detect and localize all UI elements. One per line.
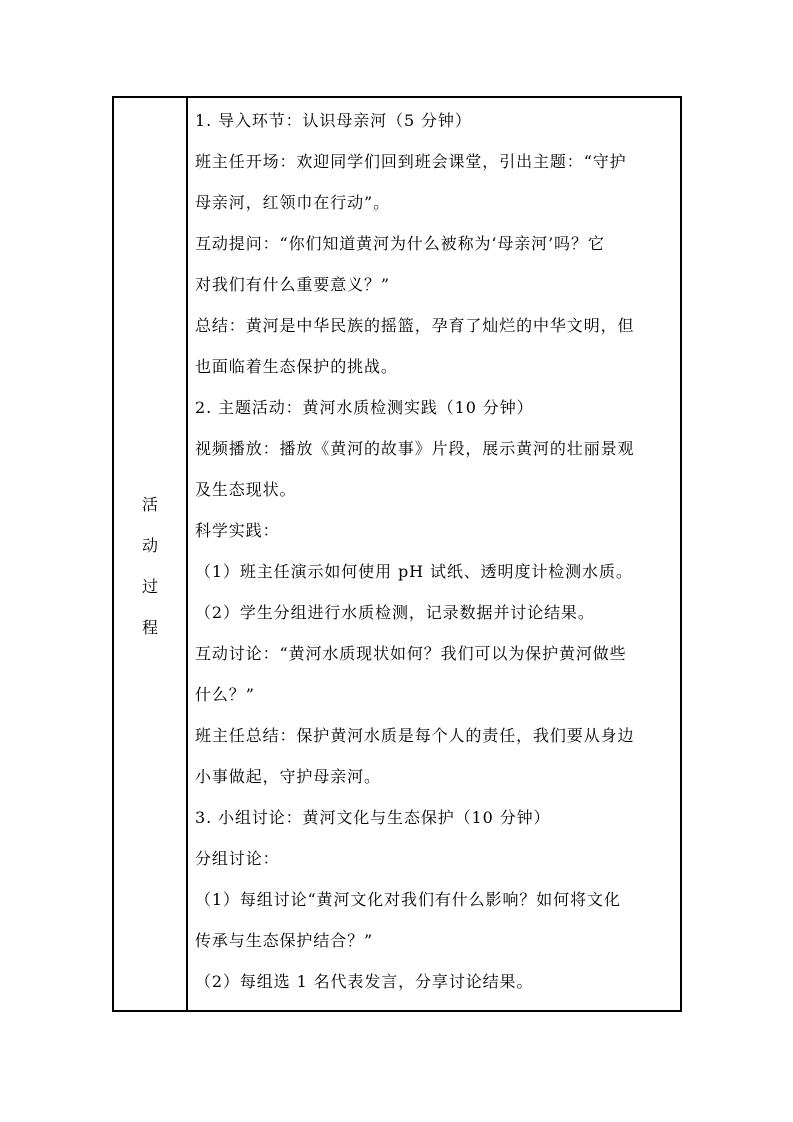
activity-content: 1. 导入环节：认识母亲河（5 分钟） 班主任开场：欢迎同学们回到班会课堂，引出… (188, 98, 680, 1010)
text-line: 班主任总结：保护黄河水质是每个人的责任，我们要从身边 (195, 715, 674, 756)
activity-process-table: 活 动 过 程 1. 导入环节：认识母亲河（5 分钟） 班主任开场：欢迎同学们回… (112, 96, 682, 1012)
label-char: 过 (142, 566, 158, 607)
text-line: 传承与生态保护结合？” (195, 920, 674, 961)
text-line: 互动提问：“你们知道黄河为什么被称为‘母亲河’吗？它 (195, 223, 674, 264)
text-line: 小事做起，守护母亲河。 (195, 756, 674, 797)
text-line: 互动讨论：“黄河水质现状如何？我们可以为保护黄河做些 (195, 633, 674, 674)
text-line: 及生态现状。 (195, 469, 674, 510)
label-char: 程 (142, 607, 158, 648)
section-heading-theme-activity: 2. 主题活动：黄河水质检测实践（10 分钟） (195, 387, 674, 428)
text-line: 总结：黄河是中华民族的摇篮，孕育了灿烂的中华文明，但 (195, 305, 674, 346)
text-line: 什么？” (195, 674, 674, 715)
text-line: 也面临着生态保护的挑战。 (195, 346, 674, 387)
text-line: 视频播放：播放《黄河的故事》片段，展示黄河的壮丽景观 (195, 428, 674, 469)
text-line: （1）每组讨论“黄河文化对我们有什么影响？如何将文化 (195, 879, 674, 920)
text-line: （2）每组选 1 名代表发言，分享讨论结果。 (195, 961, 674, 1002)
text-line: 对我们有什么重要意义？” (195, 264, 674, 305)
row-label-activity-process: 活 动 过 程 (114, 98, 188, 1010)
section-heading-group-discussion: 3. 小组讨论：黄河文化与生态保护（10 分钟） (195, 797, 674, 838)
text-line: （2）学生分组进行水质检测，记录数据并讨论结果。 (195, 592, 674, 633)
label-char: 活 (142, 484, 158, 525)
section-heading-intro: 1. 导入环节：认识母亲河（5 分钟） (195, 100, 674, 141)
text-line: 科学实践： (195, 510, 674, 551)
text-line: 班主任开场：欢迎同学们回到班会课堂，引出主题：“守护 (195, 141, 674, 182)
label-char: 动 (142, 525, 158, 566)
text-line: 分组讨论： (195, 838, 674, 879)
text-line: 母亲河，红领巾在行动”。 (195, 182, 674, 223)
text-line: （1）班主任演示如何使用 pH 试纸、透明度计检测水质。 (195, 551, 674, 592)
